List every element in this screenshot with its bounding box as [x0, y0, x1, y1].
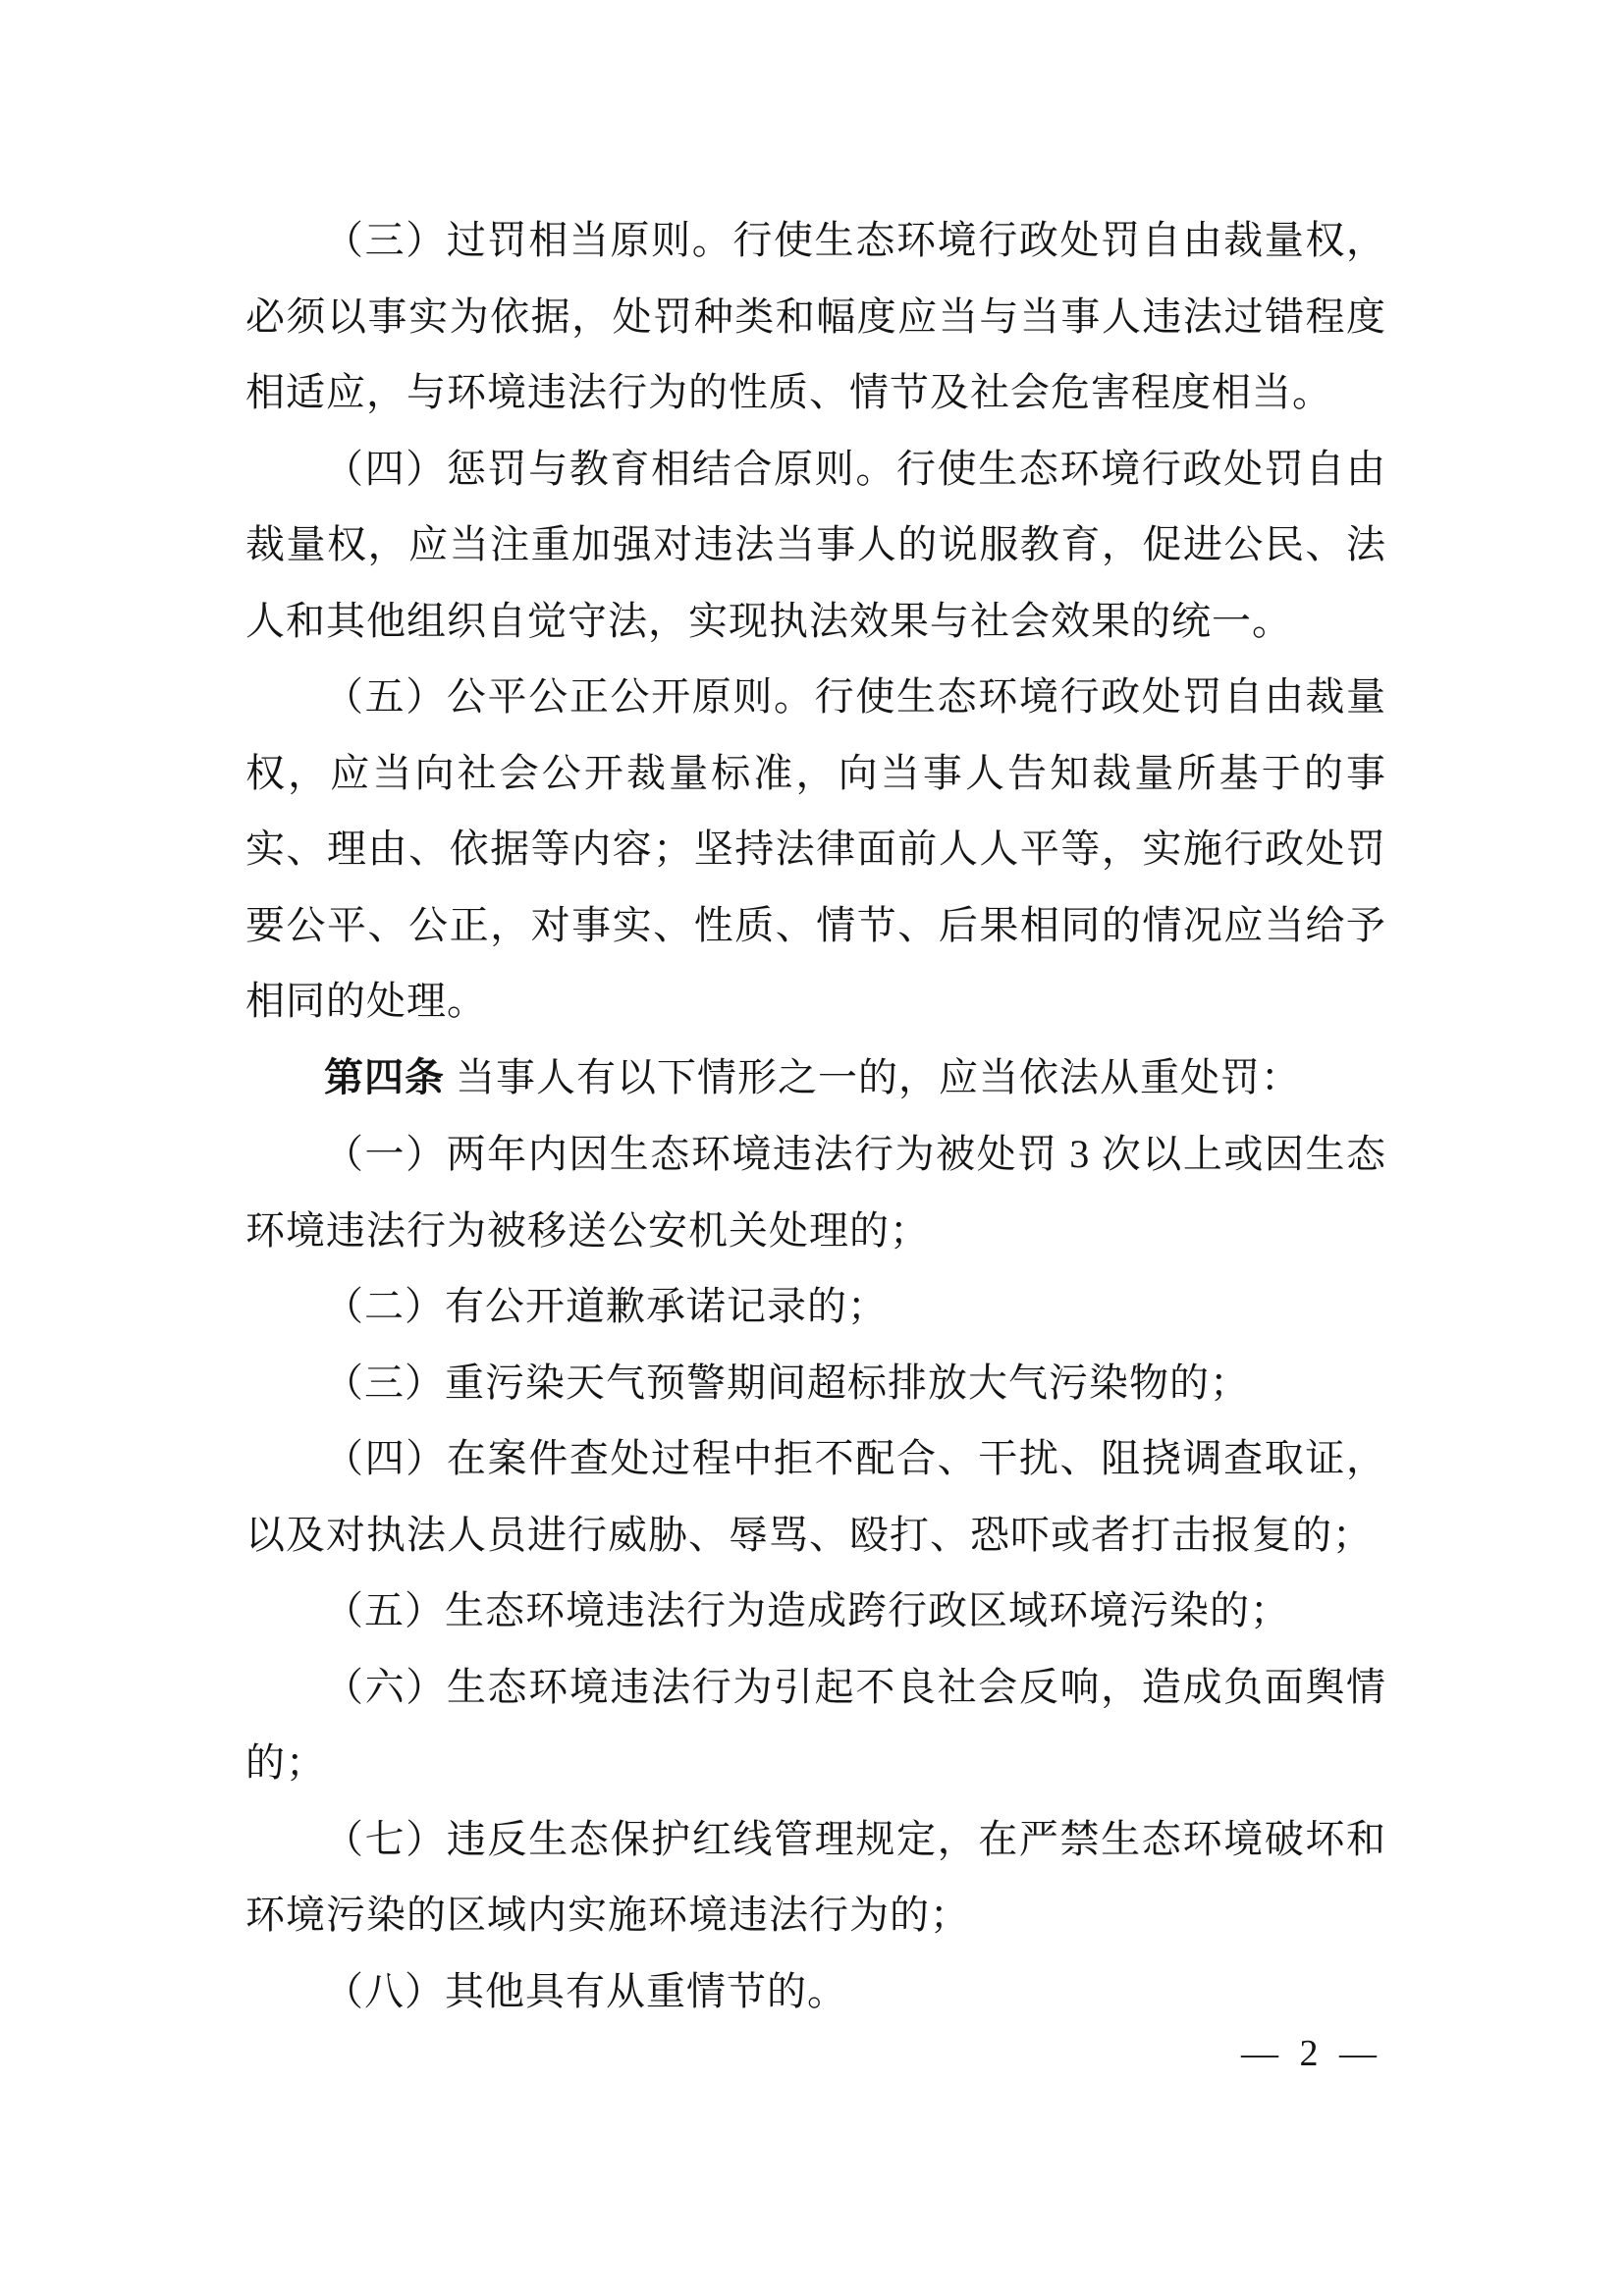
article-number: 第四条 [324, 1056, 445, 1099]
paragraph-text: （一）两年内因生态环境违法行为被处罚 3 次以上或因生态环境违法行为被移送公安机… [245, 1132, 1386, 1253]
paragraph: （七）违反生态保护红线管理规定，在严禁生态环境破坏和环境污染的区域内实施环境违法… [245, 1801, 1386, 1953]
paragraph: （八）其他具有从重情节的。 [245, 1953, 1386, 2030]
paragraph-text: （四）在案件查处过程中拒不配合、干扰、阻挠调查取证，以及对执法人员进行威胁、辱骂… [245, 1436, 1386, 1557]
paragraph: （五）生态环境违法行为造成跨行政区域环境污染的； [245, 1573, 1386, 1649]
document-body: （三）过罚相当原则。行使生态环境行政处罚自由裁量权，必须以事实为依据，处罚种类和… [245, 202, 1386, 2029]
paragraph-text: （六）生态环境违法行为引起不良社会反响，造成负面舆情的； [245, 1665, 1386, 1786]
paragraph: （四）惩罚与教育相结合原则。行使生态环境行政处罚自由裁量权，应当注重加强对违法当… [245, 431, 1386, 660]
paragraph-text: （五）公平公正公开原则。行使生态环境行政处罚自由裁量权，应当向社会公开裁量标准，… [245, 674, 1386, 1023]
paragraph-text: （七）违反生态保护红线管理规定，在严禁生态环境破坏和环境污染的区域内实施环境违法… [245, 1817, 1386, 1938]
paragraph-text: 当事人有以下情形之一的，应当依法从重处罚： [445, 1055, 1301, 1099]
paragraph-text: （四）惩罚与教育相结合原则。行使生态环境行政处罚自由裁量权，应当注重加强对违法当… [245, 447, 1386, 643]
paragraph: （三）过罚相当原则。行使生态环境行政处罚自由裁量权，必须以事实为依据，处罚种类和… [245, 202, 1386, 431]
document-page: （三）过罚相当原则。行使生态环境行政处罚自由裁量权，必须以事实为依据，处罚种类和… [0, 0, 1624, 2296]
paragraph-text: （三）过罚相当原则。行使生态环境行政处罚自由裁量权，必须以事实为依据，处罚种类和… [245, 218, 1386, 414]
paragraph: （一）两年内因生态环境违法行为被处罚 3 次以上或因生态环境违法行为被移送公安机… [245, 1116, 1386, 1268]
paragraph: （四）在案件查处过程中拒不配合、干扰、阻挠调查取证，以及对执法人员进行威胁、辱骂… [245, 1420, 1386, 1573]
paragraph: （五）公平公正公开原则。行使生态环境行政处罚自由裁量权，应当向社会公开裁量标准，… [245, 659, 1386, 1040]
paragraph: （二）有公开道歉承诺记录的； [245, 1268, 1386, 1345]
paragraph: 第四条 当事人有以下情形之一的，应当依法从重处罚： [245, 1040, 1386, 1117]
paragraph: （三）重污染天气预警期间超标排放大气污染物的； [245, 1345, 1386, 1421]
paragraph-text: （二）有公开道歉承诺记录的； [324, 1284, 888, 1328]
page-number: — 2 — [1241, 2032, 1382, 2075]
paragraph-text: （五）生态环境违法行为造成跨行政区域环境污染的； [324, 1588, 1290, 1632]
paragraph-text: （三）重污染天气预警期间超标排放大气污染物的； [324, 1361, 1250, 1405]
paragraph-text: （八）其他具有从重情节的。 [324, 1969, 847, 2013]
paragraph: （六）生态环境违法行为引起不良社会反响，造成负面舆情的； [245, 1649, 1386, 1801]
